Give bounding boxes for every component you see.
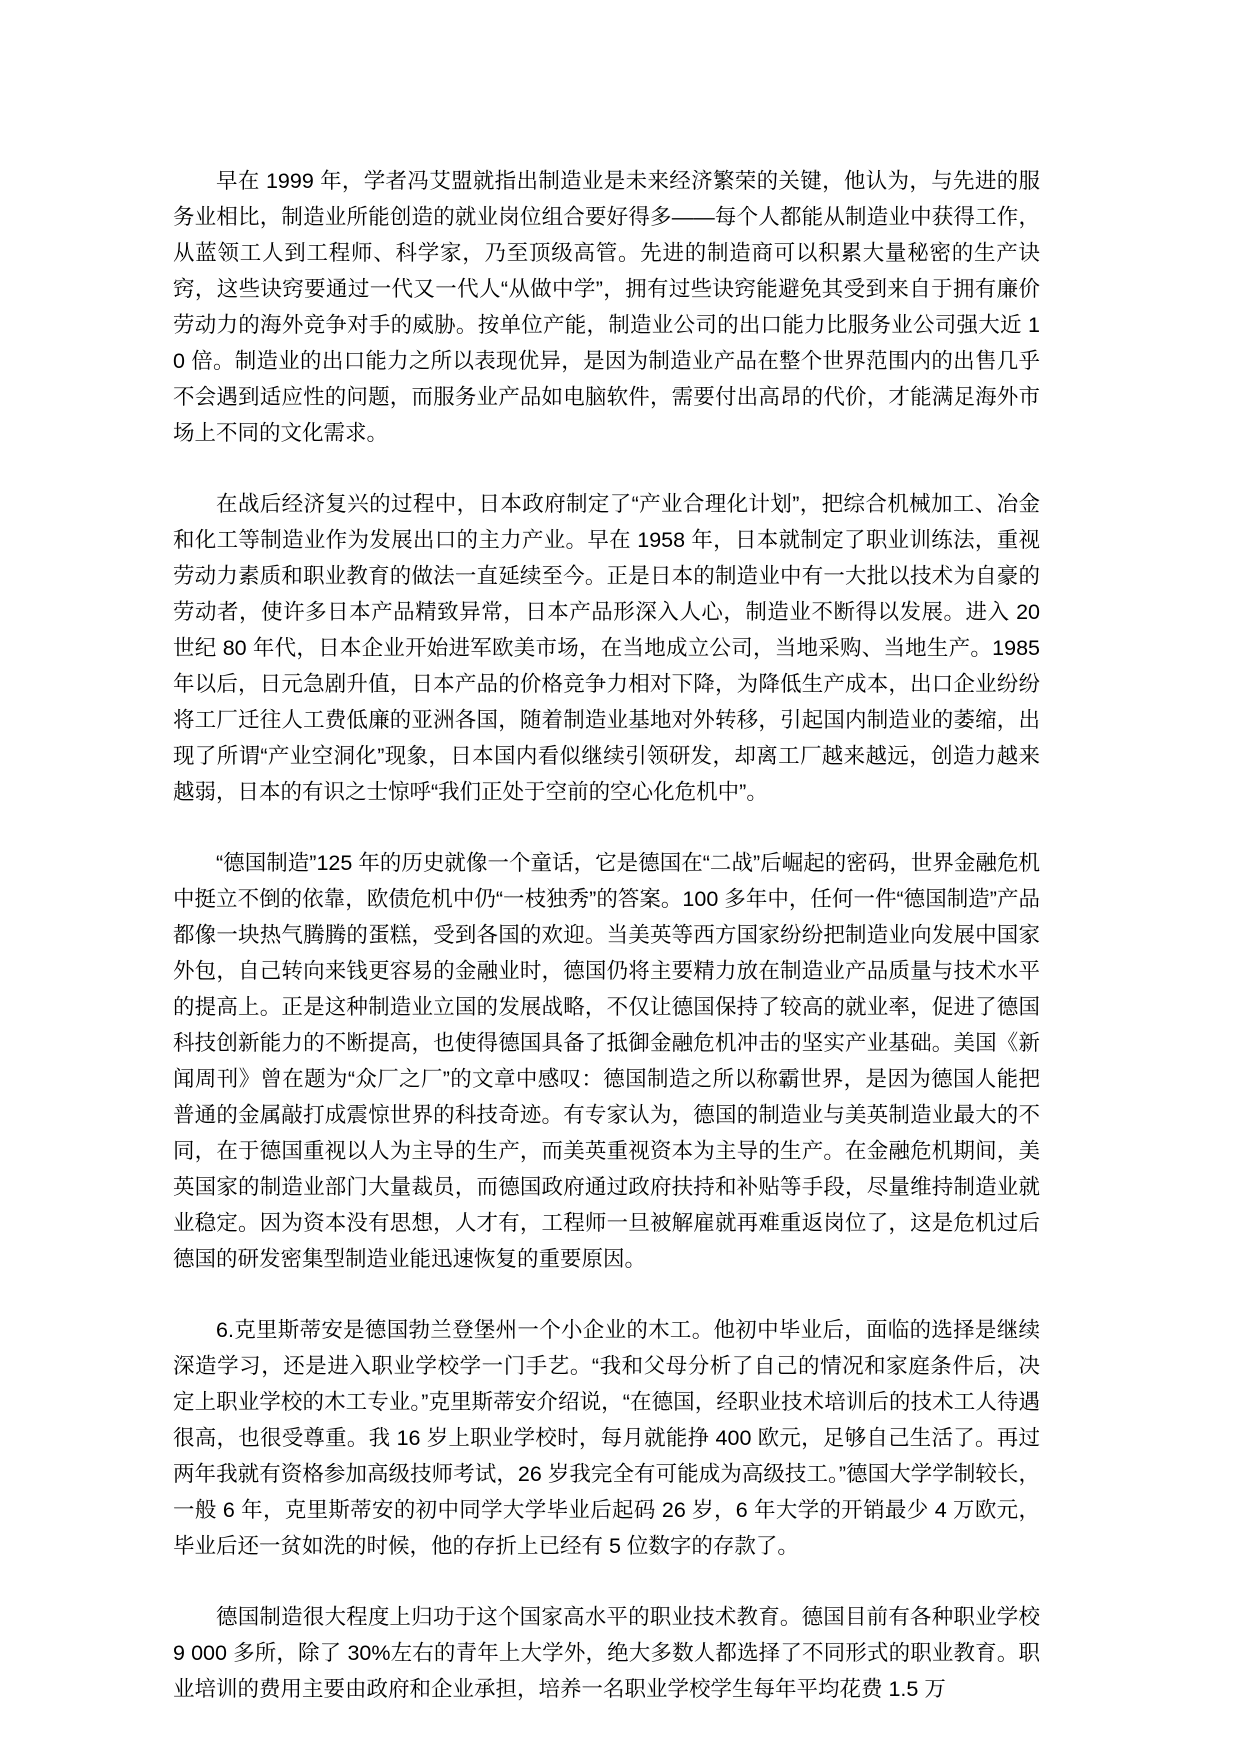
paragraph-german-manufacturing: “德国制造”125 年的历史就像一个童话，它是德国在“二战”后崛起的密码，世界金… [173, 845, 1040, 1277]
document-page: 早在 1999 年，学者冯艾盟就指出制造业是未来经济繁荣的关键，他认为，与先进的… [0, 0, 1240, 1754]
paragraph-vocational-education: 德国制造很大程度上归功于这个国家高水平的职业技术教育。德国目前有各种职业学校 9… [173, 1599, 1040, 1707]
paragraph-manufacturing-intro: 早在 1999 年，学者冯艾盟就指出制造业是未来经济繁荣的关键，他认为，与先进的… [173, 163, 1040, 451]
paragraph-christian-carpenter: 6.克里斯蒂安是德国勃兰登堡州一个小企业的木工。他初中毕业后，面临的选择是继续深… [173, 1312, 1040, 1564]
paragraph-japan-industry: 在战后经济复兴的过程中，日本政府制定了“产业合理化计划”，把综合机械加工、冶金和… [173, 486, 1040, 810]
